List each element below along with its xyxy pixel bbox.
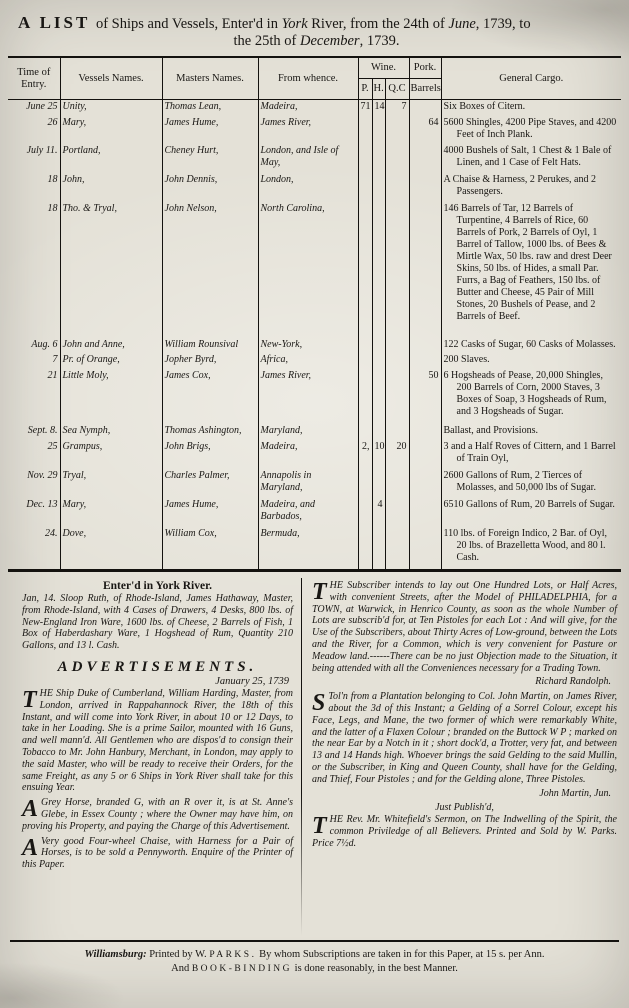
entry-date-cell: Dec. 13 — [8, 498, 60, 527]
header-general-cargo: General Cargo. — [441, 57, 621, 100]
title-line-1: A LIST of Ships and Vessels, Enter'd in … — [18, 14, 615, 33]
table-row: Aug. 6John and Anne,William RounsivalNew… — [8, 338, 621, 354]
cargo-cell: 5600 Shingles, 4200 Pipe Staves, and 420… — [441, 116, 621, 145]
ad-signature: John Martin, Jun. — [312, 788, 611, 800]
master-name-cell: John Dennis, — [162, 173, 258, 202]
lower-section: Enter'd in York River. Jan, 14. Sloop Ru… — [8, 578, 621, 936]
entry-date-cell: 18 — [8, 173, 60, 202]
table-row: 25Grampus,John Brigs,Madeira,2,10203 and… — [8, 440, 621, 469]
from-whence-cell: Madeira, — [258, 100, 358, 116]
header-wine-quartercasks: Q.C — [385, 79, 409, 100]
wine-pipes-cell — [358, 469, 372, 498]
cargo-cell: 4000 Bushels of Salt, 1 Chest & 1 Bale o… — [441, 144, 621, 173]
imprint-text: By whom Subscriptions are taken in for t… — [259, 949, 544, 960]
entry-date-cell: 25 — [8, 440, 60, 469]
wine-quartercasks-cell — [385, 469, 409, 498]
wine-pipes-cell — [358, 173, 372, 202]
entry-date-cell: 24. — [8, 527, 60, 571]
pork-barrels-cell — [409, 202, 441, 338]
wine-pipes-cell — [358, 498, 372, 527]
table-row: July 11.Portland,Cheney Hurt,London, and… — [8, 144, 621, 173]
master-name-cell: Thomas Lean, — [162, 100, 258, 116]
wine-quartercasks-cell: 20 — [385, 440, 409, 469]
title-place: York — [282, 16, 308, 32]
pork-barrels-cell — [409, 424, 441, 440]
imprint-footer: Williamsburg: Printed by W. PARKS. By wh… — [8, 948, 621, 976]
right-ad: THE Subscriber intends to lay out One Hu… — [312, 580, 617, 688]
wine-hogsheads-cell — [372, 173, 385, 202]
wine-quartercasks-cell — [385, 353, 409, 369]
wine-quartercasks-cell — [385, 144, 409, 173]
pork-barrels-cell — [409, 527, 441, 571]
from-whence-cell: London, and Isle of May, — [258, 144, 358, 173]
from-whence-cell: Bermuda, — [258, 527, 358, 571]
drop-cap: A — [22, 836, 41, 858]
pork-barrels-cell — [409, 498, 441, 527]
vessel-name-cell: John, — [60, 173, 162, 202]
wine-quartercasks-cell: 7 — [385, 100, 409, 116]
pork-barrels-cell — [409, 100, 441, 116]
ad-body: THE Subscriber intends to lay out One Hu… — [312, 580, 617, 674]
table-row: Dec. 13Mary,James Hume,Madeira, and Barb… — [8, 498, 621, 527]
table-row: June 25Unity,Thomas Lean,Madeira,71147Si… — [8, 100, 621, 116]
from-whence-cell: Maryland, — [258, 424, 358, 440]
wine-hogsheads-cell — [372, 424, 385, 440]
wine-pipes-cell — [358, 369, 372, 425]
entry-date-cell: Nov. 29 — [8, 469, 60, 498]
imprint-text: And — [171, 963, 189, 974]
header-from-whence: From whence. — [258, 57, 358, 100]
cargo-cell: 110 lbs. of Foreign Indico, 2 Bar. of Oy… — [441, 527, 621, 571]
wine-quartercasks-cell — [385, 527, 409, 571]
table-row: Nov. 29Tryal,Charles Palmer,Annapolis in… — [8, 469, 621, 498]
header-vessels-names: Vessels Names. — [60, 57, 162, 100]
cargo-cell: Ballast, and Provisions. — [441, 424, 621, 440]
ad-body: AVery good Four-wheel Chaise, with Harne… — [22, 836, 293, 871]
wine-pipes-cell — [358, 353, 372, 369]
header-masters-names: Masters Names. — [162, 57, 258, 100]
entry-date-cell: 26 — [8, 116, 60, 145]
vessel-name-cell: Grampus, — [60, 440, 162, 469]
wine-quartercasks-cell — [385, 338, 409, 354]
master-name-cell: William Rounsival — [162, 338, 258, 354]
wine-pipes-cell — [358, 424, 372, 440]
wine-quartercasks-cell — [385, 424, 409, 440]
from-whence-cell: Madeira, and Barbados, — [258, 498, 358, 527]
entry-date-cell: 21 — [8, 369, 60, 425]
table-row: 18Tho. & Tryal,John Nelson,North Carolin… — [8, 202, 621, 338]
title-line-2: the 25th of December, 1739. — [18, 33, 615, 50]
master-name-cell: James Hume, — [162, 116, 258, 145]
table-row: 18John,John Dennis,London,A Chaise & Har… — [8, 173, 621, 202]
pork-barrels-cell — [409, 440, 441, 469]
table-row: Sept. 8.Sea Nymph,Thomas Ashington,Maryl… — [8, 424, 621, 440]
from-whence-cell: Africa, — [258, 353, 358, 369]
master-name-cell: William Cox, — [162, 527, 258, 571]
entry-date-cell: June 25 — [8, 100, 60, 116]
newspaper-page: A LIST of Ships and Vessels, Enter'd in … — [0, 0, 629, 1008]
cargo-cell: 146 Barrels of Tar, 12 Barrels of Turpen… — [441, 202, 621, 338]
left-ad: AGrey Horse, branded G, with an R over i… — [22, 797, 293, 832]
from-whence-cell: James River, — [258, 116, 358, 145]
table-row: 24.Dove,William Cox,Bermuda,110 lbs. of … — [8, 527, 621, 571]
wine-pipes-cell — [358, 116, 372, 145]
wine-pipes-cell — [358, 338, 372, 354]
page-title: A LIST of Ships and Vessels, Enter'd in … — [8, 10, 621, 56]
wine-quartercasks-cell — [385, 173, 409, 202]
vessel-name-cell: Sea Nymph, — [60, 424, 162, 440]
ad-heading: Just Publish'd, — [312, 802, 617, 814]
entry-date-cell: Aug. 6 — [8, 338, 60, 354]
title-lead: A LIST — [18, 13, 90, 32]
wine-hogsheads-cell: 14 — [372, 100, 385, 116]
vessel-name-cell: Unity, — [60, 100, 162, 116]
pork-barrels-cell — [409, 144, 441, 173]
advertisements-date: January 25, 1739 — [22, 676, 289, 687]
ad-body: THE Rev. Mr. Whitefield's Sermon, on The… — [312, 814, 617, 849]
wine-hogsheads-cell — [372, 369, 385, 425]
advertisements-heading: ADVERTISEMENTS. — [22, 659, 293, 676]
entered-heading: Enter'd in York River. — [22, 580, 293, 592]
cargo-cell: 6510 Gallons of Rum, 20 Barrels of Sugar… — [441, 498, 621, 527]
left-ad: THE Ship Duke of Cumberland, William Har… — [22, 688, 293, 794]
pork-barrels-cell — [409, 469, 441, 498]
wine-hogsheads-cell: 4 — [372, 498, 385, 527]
drop-cap: S — [312, 691, 328, 713]
vessel-name-cell: Portland, — [60, 144, 162, 173]
vessel-name-cell: Dove, — [60, 527, 162, 571]
printer-name: PARKS. — [209, 950, 256, 960]
title-segment: River, from the 24th of — [311, 16, 445, 32]
imprint-text: is done reasonably, in the best Manner. — [295, 963, 458, 974]
pork-barrels-cell: 64 — [409, 116, 441, 145]
from-whence-cell: Madeira, — [258, 440, 358, 469]
vessel-name-cell: Mary, — [60, 116, 162, 145]
title-month: June — [448, 16, 475, 32]
imprint-line-2: And BOOK-BINDING is done reasonably, in … — [14, 962, 615, 976]
right-advertisements: THE Subscriber intends to lay out One Hu… — [302, 578, 621, 936]
pork-barrels-cell — [409, 353, 441, 369]
drop-cap: A — [22, 797, 41, 819]
master-name-cell: James Hume, — [162, 498, 258, 527]
left-column: Enter'd in York River. Jan, 14. Sloop Ru… — [8, 578, 301, 936]
right-ad: Just Publish'd,THE Rev. Mr. Whitefield's… — [312, 802, 617, 849]
from-whence-cell: James River, — [258, 369, 358, 425]
from-whence-cell: London, — [258, 173, 358, 202]
header-wine-hogsheads: H. — [372, 79, 385, 100]
header-time-of-entry: Time of Entry. — [8, 57, 60, 100]
wine-hogsheads-cell — [372, 144, 385, 173]
master-name-cell: Charles Palmer, — [162, 469, 258, 498]
master-name-cell: Cheney Hurt, — [162, 144, 258, 173]
wine-hogsheads-cell — [372, 527, 385, 571]
from-whence-cell: Annapolis in Maryland, — [258, 469, 358, 498]
wine-hogsheads-cell — [372, 338, 385, 354]
wine-pipes-cell — [358, 202, 372, 338]
ad-signature: Richard Randolph. — [312, 676, 611, 688]
header-wine: Wine. — [358, 57, 409, 79]
pork-barrels-cell — [409, 338, 441, 354]
title-segment: of Ships and Vessels, Enter'd in — [96, 16, 278, 32]
master-name-cell: Thomas Ashington, — [162, 424, 258, 440]
vessel-name-cell: Pr. of Orange, — [60, 353, 162, 369]
cargo-cell: 3 and a Half Roves of Cittern, and 1 Bar… — [441, 440, 621, 469]
from-whence-cell: North Carolina, — [258, 202, 358, 338]
title-segment: , 1739. — [360, 33, 400, 49]
header-wine-pipes: P. — [358, 79, 372, 100]
wine-quartercasks-cell — [385, 202, 409, 338]
vessel-name-cell: Tho. & Tryal, — [60, 202, 162, 338]
wine-pipes-cell: 2, — [358, 440, 372, 469]
wine-quartercasks-cell — [385, 369, 409, 425]
wine-pipes-cell — [358, 527, 372, 571]
right-ad: STol'n from a Plantation belonging to Co… — [312, 691, 617, 799]
vessel-name-cell: Little Moly, — [60, 369, 162, 425]
vessel-name-cell: John and Anne, — [60, 338, 162, 354]
table-header: Time of Entry. Vessels Names. Masters Na… — [8, 57, 621, 100]
wine-hogsheads-cell — [372, 353, 385, 369]
left-advertisements: THE Ship Duke of Cumberland, William Har… — [22, 688, 293, 871]
footer-rule — [10, 940, 619, 942]
wine-quartercasks-cell — [385, 116, 409, 145]
cargo-cell: Six Boxes of Citern. — [441, 100, 621, 116]
drop-cap: T — [312, 580, 330, 602]
title-segment: , 1739, to — [476, 16, 531, 32]
wine-hogsheads-cell — [372, 202, 385, 338]
drop-cap: T — [312, 814, 330, 836]
imprint-text: Printed by W. — [149, 949, 206, 960]
wine-pipes-cell — [358, 144, 372, 173]
imprint-line-1: Williamsburg: Printed by W. PARKS. By wh… — [14, 948, 615, 962]
imprint-place: Williamsburg: — [85, 949, 147, 960]
entry-date-cell: 7 — [8, 353, 60, 369]
entry-date-cell: 18 — [8, 202, 60, 338]
pork-barrels-cell — [409, 173, 441, 202]
ships-table: Time of Entry. Vessels Names. Masters Na… — [8, 56, 621, 572]
cargo-cell: 122 Casks of Sugar, 60 Casks of Molasses… — [441, 338, 621, 354]
cargo-cell: 6 Hogsheads of Pease, 20,000 Shingles, 2… — [441, 369, 621, 425]
master-name-cell: John Nelson, — [162, 202, 258, 338]
vessel-name-cell: Tryal, — [60, 469, 162, 498]
master-name-cell: James Cox, — [162, 369, 258, 425]
wine-hogsheads-cell: 10 — [372, 440, 385, 469]
bookbinding-text: BOOK-BINDING — [192, 964, 292, 974]
title-month: December — [300, 33, 360, 49]
wine-quartercasks-cell — [385, 498, 409, 527]
wine-pipes-cell: 71 — [358, 100, 372, 116]
wine-hogsheads-cell — [372, 116, 385, 145]
master-name-cell: John Brigs, — [162, 440, 258, 469]
cargo-cell: 200 Slaves. — [441, 353, 621, 369]
entered-notice: Jan, 14. Sloop Ruth, of Rhode-Island, Ja… — [22, 593, 293, 652]
cargo-cell: A Chaise & Harness, 2 Perukes, and 2 Pas… — [441, 173, 621, 202]
drop-cap: T — [22, 688, 40, 710]
cargo-cell: 2600 Gallons of Rum, 2 Tierces of Molass… — [441, 469, 621, 498]
vessel-name-cell: Mary, — [60, 498, 162, 527]
master-name-cell: Jopher Byrd, — [162, 353, 258, 369]
entry-date-cell: Sept. 8. — [8, 424, 60, 440]
ad-body: THE Ship Duke of Cumberland, William Har… — [22, 688, 293, 794]
table-row: 26Mary,James Hume,James River,645600 Shi… — [8, 116, 621, 145]
title-segment: the 25th of — [234, 33, 297, 49]
table-row: 7Pr. of Orange,Jopher Byrd,Africa,200 Sl… — [8, 353, 621, 369]
header-pork-barrels: Barrels. — [409, 79, 441, 100]
entry-date-cell: July 11. — [8, 144, 60, 173]
wine-hogsheads-cell — [372, 469, 385, 498]
from-whence-cell: New-York, — [258, 338, 358, 354]
ad-body: AGrey Horse, branded G, with an R over i… — [22, 797, 293, 832]
ad-body: STol'n from a Plantation belonging to Co… — [312, 691, 617, 785]
left-ad: AVery good Four-wheel Chaise, with Harne… — [22, 836, 293, 871]
table-row: 21Little Moly,James Cox,James River,506 … — [8, 369, 621, 425]
pork-barrels-cell: 50 — [409, 369, 441, 425]
header-pork: Pork. — [409, 57, 441, 79]
